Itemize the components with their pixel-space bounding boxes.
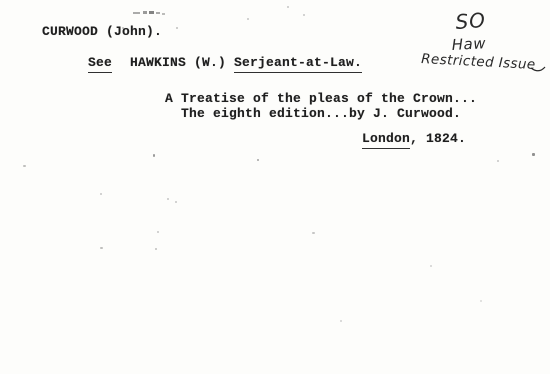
scan-speck (100, 193, 102, 195)
scan-speck (312, 232, 315, 234)
annotation-shelfmark: SO (455, 8, 487, 34)
scan-speck (497, 160, 499, 162)
scan-speck (430, 265, 432, 267)
annotation-reference-word: Haw (451, 34, 486, 54)
see-label: See (88, 55, 112, 73)
scan-speck (340, 320, 342, 322)
scan-speck (155, 248, 157, 250)
pencil-erasure-mark (156, 12, 160, 14)
annotation-restriction: Restricted Issue (421, 51, 536, 73)
scan-speck (247, 18, 249, 20)
edition-line: The eighth edition...by J. Curwood. (181, 106, 461, 122)
scan-speck (257, 159, 259, 161)
pencil-erasure-mark (162, 13, 165, 15)
scan-speck (175, 201, 177, 203)
referenced-author-title: Serjeant-at-Law. (234, 55, 362, 73)
scan-speck (153, 154, 155, 157)
scan-speck (23, 165, 26, 167)
pencil-erasure-mark (133, 12, 140, 14)
scan-speck (287, 6, 289, 8)
scan-speck (532, 153, 535, 156)
pencil-erasure-mark (143, 11, 147, 14)
catalog-card: CURWOOD (John). SeeHAWKINS (W.)Serjeant-… (0, 0, 550, 374)
heading-author: CURWOOD (John). (42, 24, 162, 40)
scan-speck (122, 27, 124, 29)
handwritten-annotation: SO Haw Restricted Issue (400, 0, 550, 95)
scan-speck (100, 247, 103, 249)
see-reference-line: SeeHAWKINS (W.)Serjeant-at-Law. (88, 55, 362, 73)
scan-speck (157, 231, 159, 233)
imprint-date: , 1824. (410, 131, 466, 146)
pencil-erasure-mark (149, 11, 154, 14)
imprint-place: London (362, 131, 410, 149)
scan-speck (480, 300, 482, 302)
imprint-line: London, 1824. (362, 131, 466, 149)
scan-speck (167, 198, 169, 200)
scan-speck (176, 27, 178, 29)
scan-speck (303, 14, 305, 16)
referenced-author: HAWKINS (W.) (130, 55, 226, 70)
